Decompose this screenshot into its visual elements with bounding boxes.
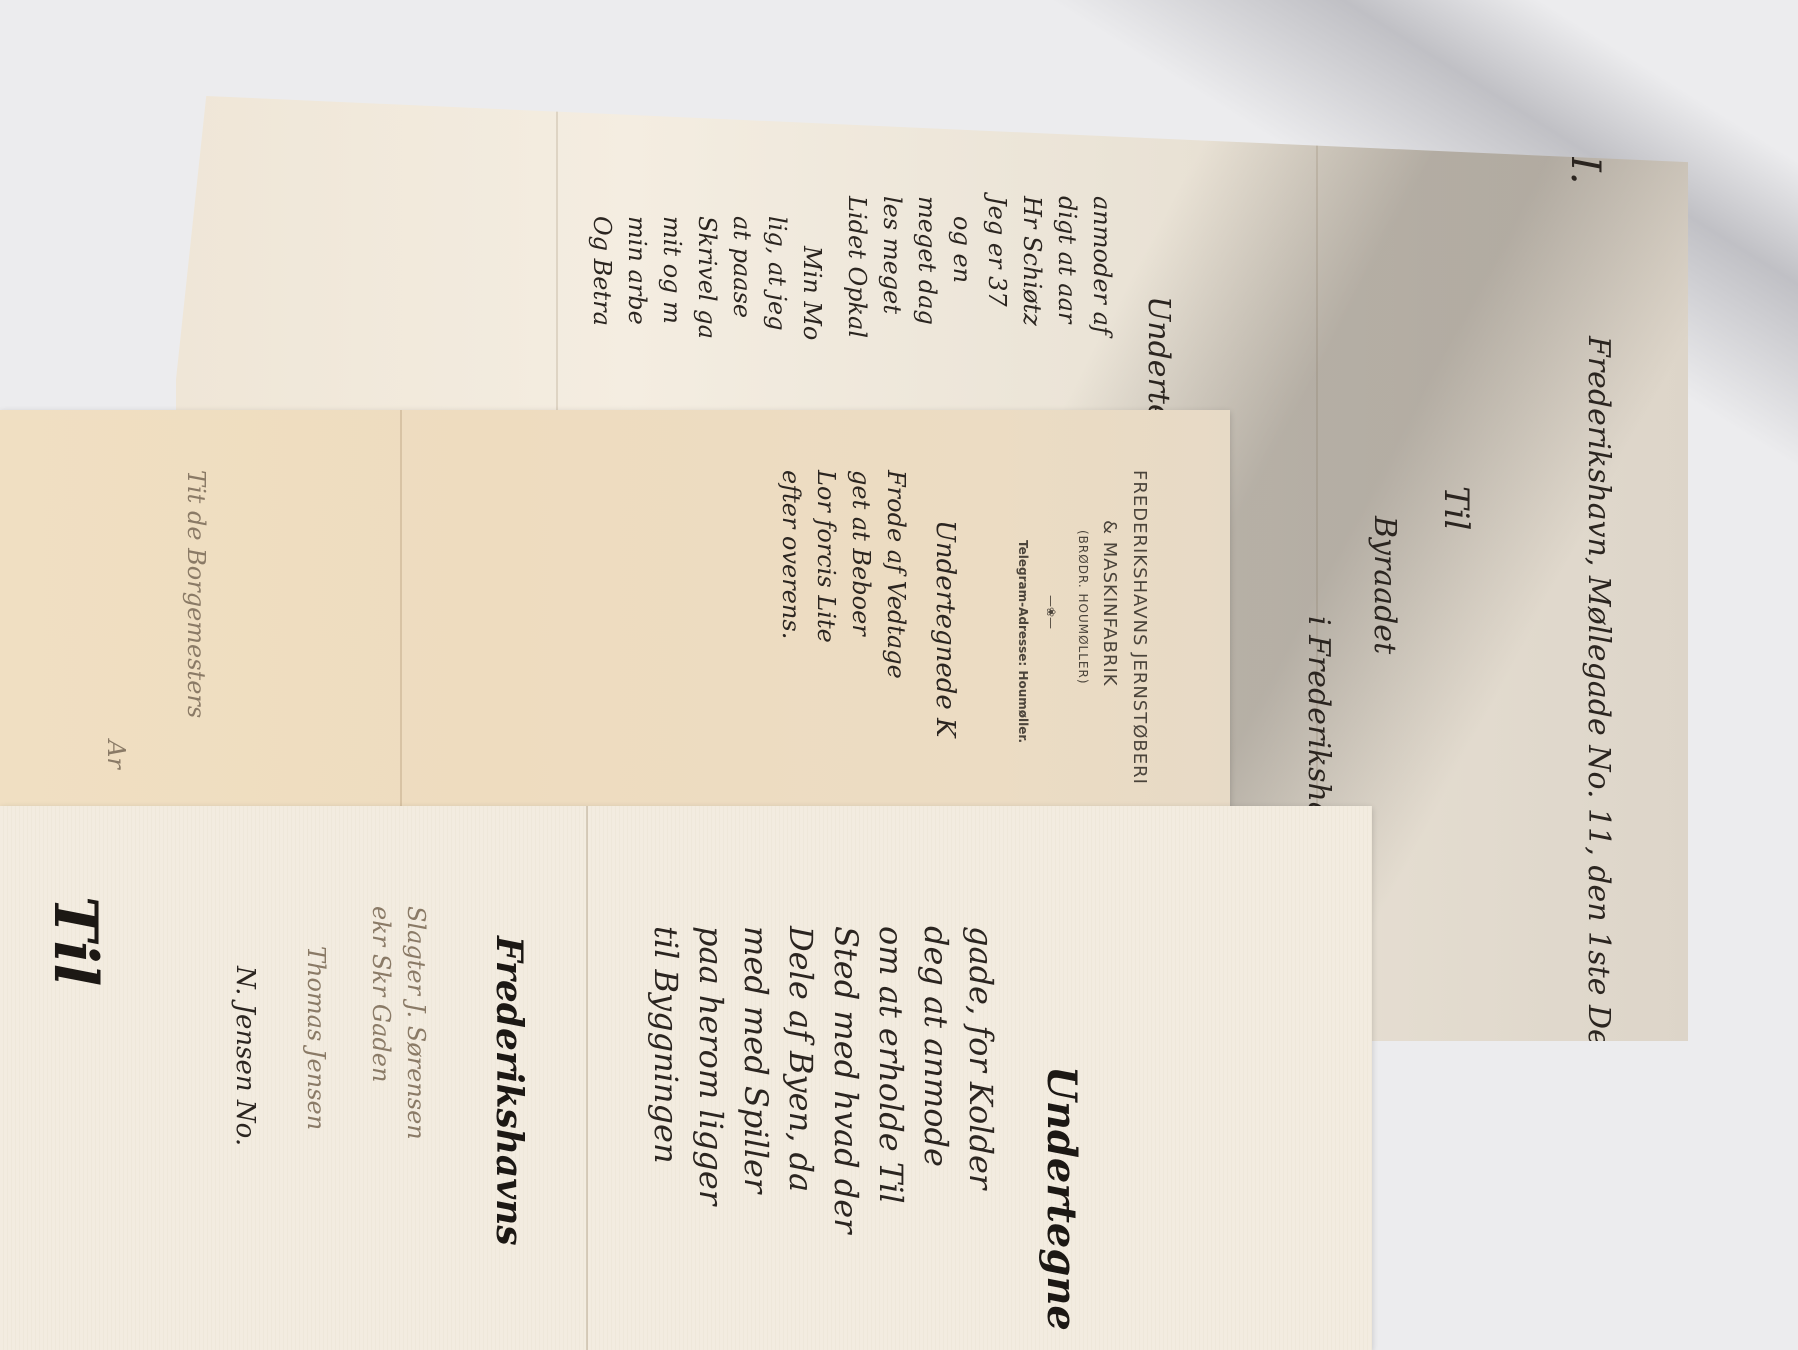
body-line: Frode af Vedtage (882, 470, 910, 679)
margin-note: Slagter J. Sørensen (402, 906, 430, 1140)
letterhead-owners: (BRØDR. HOUMØLLER) (1076, 530, 1090, 685)
body-line: Skrivel ga (693, 216, 721, 339)
paper-fold (400, 410, 402, 830)
body-line: Tit de Borgemesters (182, 470, 210, 718)
body-line: efter overens. (777, 470, 805, 639)
body-line: mit og m (658, 216, 686, 324)
body-line: gade, for Kolder (962, 926, 1000, 1189)
salutation: Til (40, 896, 110, 986)
body-line: at paase (728, 216, 756, 318)
body-line: Ar (102, 740, 130, 769)
dateline: Frederikshavn, Møllegade No. 11, den 1st… (1581, 336, 1616, 1041)
addressee: Byraadet (1367, 516, 1402, 654)
telegram-address: Telegram-Adresse: Houmøller. (1016, 540, 1030, 743)
letterhead-subtitle: & MASKINFABRIK (1099, 520, 1120, 687)
body-line: Hr Schiøtz (1018, 196, 1046, 326)
body-line: lig, at jeg (763, 216, 791, 331)
body-line: Sted med hvad der (827, 926, 865, 1233)
body-line: get at Beboer (847, 470, 875, 636)
body-line: og en (948, 216, 976, 283)
body-line: anmoder af (1088, 196, 1116, 335)
salutation: Til (1436, 486, 1476, 530)
body-line: digt at aar (1053, 196, 1081, 323)
margin-note: ekr Skr Gaden (367, 906, 395, 1082)
body-line: til Byggningen (647, 926, 685, 1164)
letterhead-ornament: —❀— (1044, 595, 1058, 629)
body-line: min arbe (623, 216, 651, 325)
body-line: les meget (878, 196, 906, 314)
letterhead-company: FREDERIKSHAVNS JERNSTØBERI (1129, 470, 1150, 785)
body-line: om at erholde Til (872, 926, 910, 1204)
body-line: Og Betra (588, 216, 616, 326)
body-line: Dele af Byen, da (782, 926, 820, 1192)
body-line: Jeg er 37 (983, 196, 1011, 307)
margin-note: N. Jensen No. (230, 966, 260, 1146)
body-line: deg at anmode (917, 926, 955, 1167)
body-line: med med Spiller (737, 926, 775, 1193)
body-line: meget dag (913, 196, 941, 325)
margin-note: Thomas Jensen (302, 946, 330, 1130)
body-line: Min Mo (798, 246, 826, 340)
body-line: Undertegnede K (930, 520, 960, 737)
paper-fold (586, 806, 588, 1350)
page-mark: I. (1562, 156, 1608, 185)
body-line: Lidet Opkal (843, 196, 871, 338)
letter-bottom: Undertegne gade, for Kolder deg at anmod… (0, 806, 1372, 1350)
city-heading: Frederikshavns (488, 936, 530, 1246)
letter-heading: Undertegne (1038, 1066, 1085, 1331)
body-line: Lor forcis Lite (812, 470, 840, 643)
body-line: paa herom ligger (692, 926, 730, 1205)
